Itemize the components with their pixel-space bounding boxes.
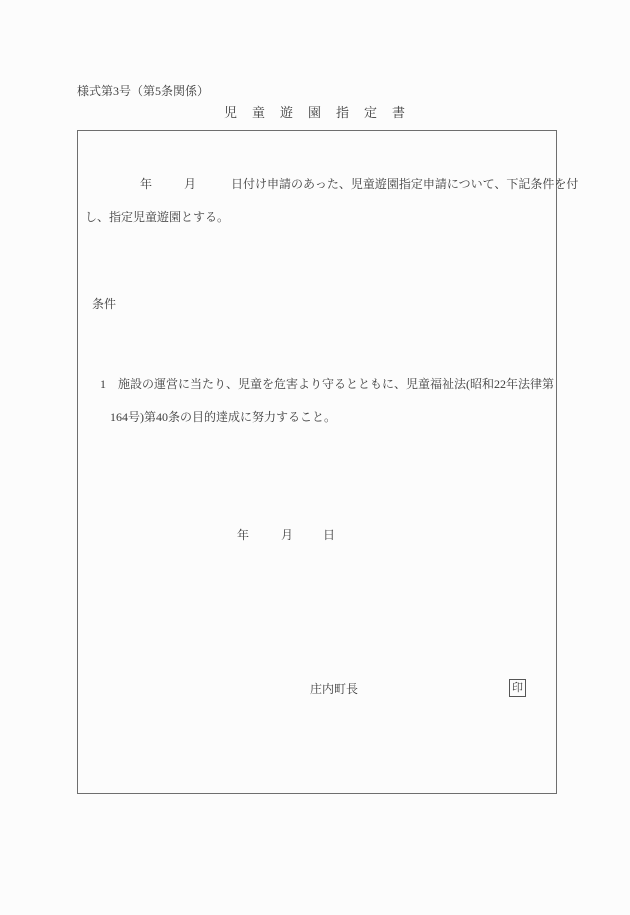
conditions-heading: 条件 [92, 297, 116, 311]
paragraph-line2-text: し、指定児童遊園とする。 [85, 210, 229, 224]
application-date-month-label: 月 [184, 177, 196, 191]
document-body-box: 年 月 日付け申請のあった、児童遊園指定申請について、下記条件を付 し、指定児童… [77, 130, 557, 794]
mayor-signature-label: 庄内町長 [310, 682, 358, 696]
form-number: 様式第3号（第5条関係） [77, 84, 209, 98]
document-page: 様式第3号（第5条関係） 児 童 遊 園 指 定 書 年 月 日付け申請のあった… [0, 0, 630, 915]
issue-date-month-label: 月 [281, 528, 293, 542]
paragraph-line1-text: 日付け申請のあった、児童遊園指定申請について、下記条件を付 [231, 177, 578, 191]
application-date-year-label: 年 [140, 177, 152, 191]
issue-date-year-label: 年 [237, 528, 249, 542]
condition-item-number: 1 [100, 377, 106, 391]
seal-mark: 印 [512, 683, 523, 694]
seal-box: 印 [509, 679, 526, 697]
condition-item-line2: 164号)第40条の目的達成に努力すること。 [110, 410, 336, 424]
document-title: 児 童 遊 園 指 定 書 [0, 105, 630, 121]
condition-item-line1: 施設の運営に当たり、児童を危害より守るとともに、児童福祉法(昭和22年法律第 [118, 377, 554, 391]
issue-date-day-label: 日 [323, 528, 335, 542]
